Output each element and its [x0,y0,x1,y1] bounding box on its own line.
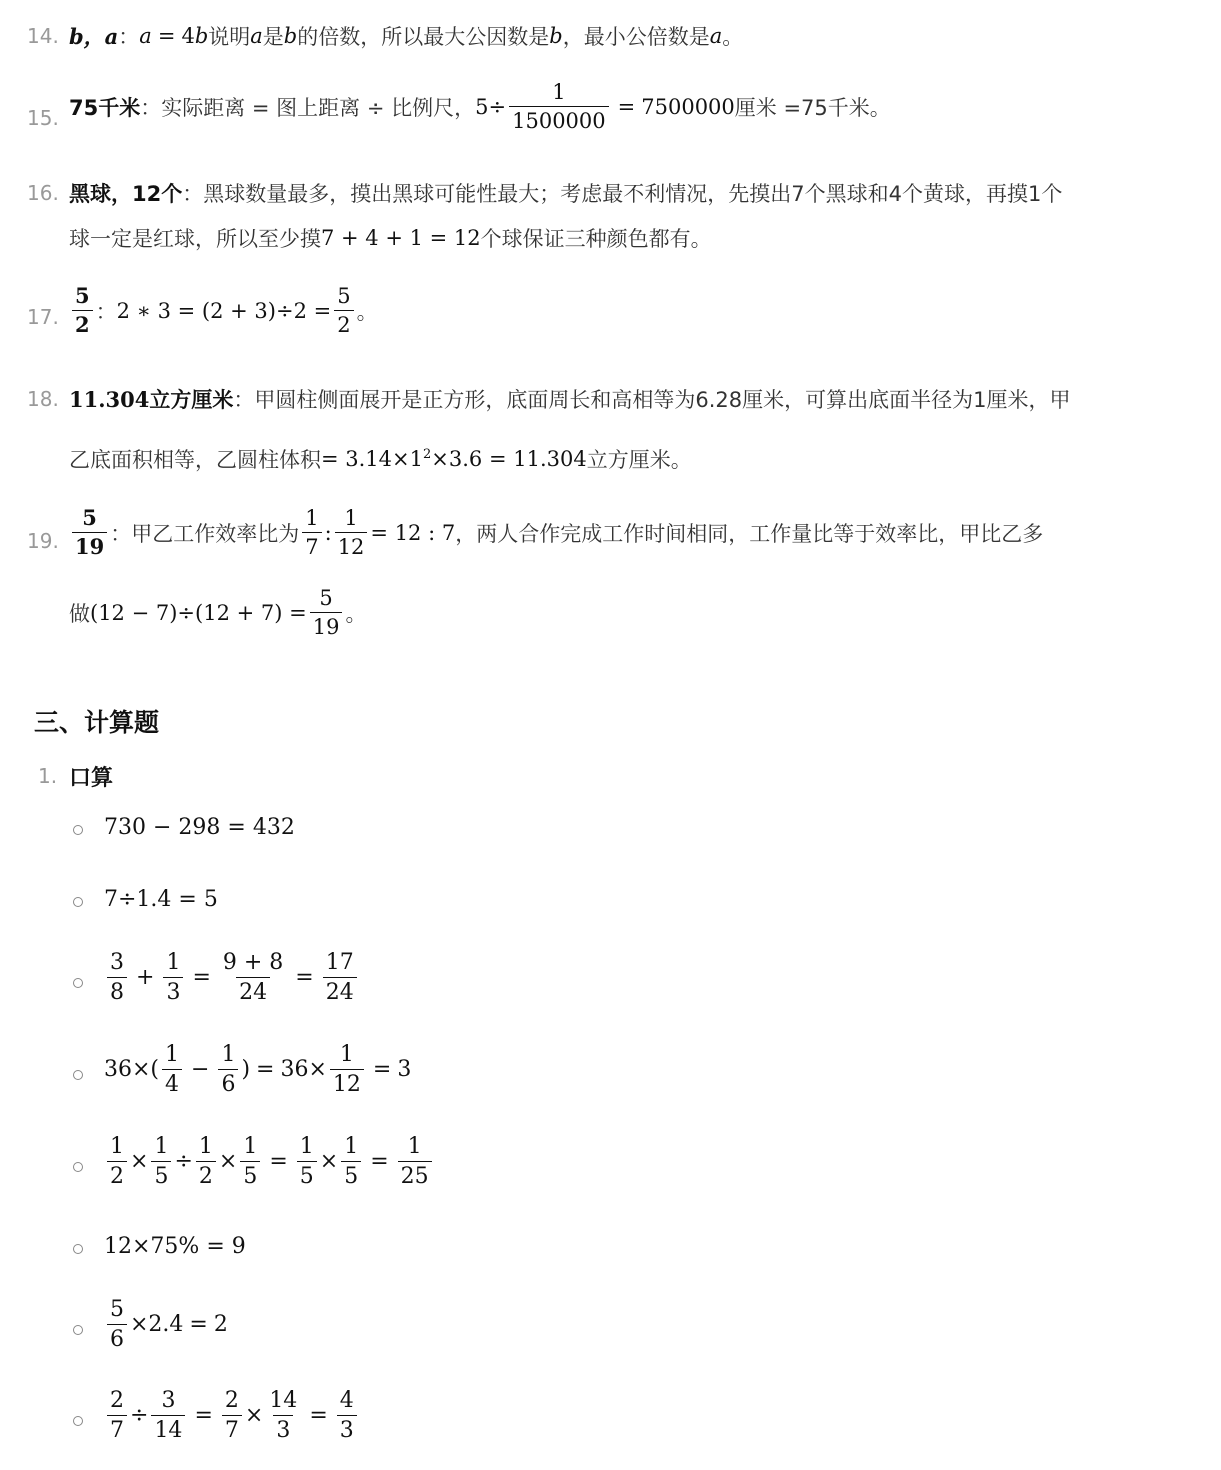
text: 球一定是红球，所以至少摸 [69,223,321,253]
answer-document: 14. b，a ： a=4b 说明a 是b 的倍数，所以最大公因数是b ，最小公… [0,0,1221,1470]
bullet-icon [73,1162,83,1172]
text: ：黑球数量最多，摸出黑球可能性最大；考虑最不利情况，先摸出7个黑球和4个黄球，再… [182,178,1062,208]
answer-15: 75千米 ：实际距离 = 图上距离 ÷ 比例尺， 5÷ 11500000 =75… [69,80,891,133]
text: ，最小公倍数是 [563,21,710,51]
colon: ： [118,21,139,51]
bullet-icon [73,1325,83,1335]
exercise-5: 12× 15÷ 12× 15= 15× 15= 125 [104,1134,435,1190]
exercise-7: 56×2.4=2 [104,1297,228,1353]
answer-19-line2: 做 (12 − 7)÷(12 + 7) = 519 。 [69,586,366,639]
text: 说明 [208,21,250,51]
item-number: 15. [27,106,59,130]
exercise-8: 27÷ 314= 27× 143= 43 [104,1388,360,1444]
item-number: 19. [27,529,59,553]
answer-16-line1: 黑球，12个 ：黑球数量最多，摸出黑球可能性最大；考虑最不利情况，先摸出7个黑球… [69,178,1062,208]
bullet-icon [73,978,83,988]
answer-16-line2: 球一定是红球，所以至少摸 7 + 4 + 1 = 12 个球保证三种颜色都有。 [69,223,712,253]
text: ，两人合作完成工作时间相同，工作量比等于效率比，甲比乙多 [455,518,1043,548]
colon: ： [96,296,117,326]
item-number: 17. [27,305,59,329]
section-heading: 三、计算题 [34,703,159,739]
answer-19-line1: 519 ：甲乙工作效率比为 17 : 112 = 12 : 7 ，两人合作完成工… [69,506,1043,559]
bullet-icon [73,1416,83,1426]
item-number: 14. [27,24,59,48]
item-number: 18. [27,387,59,411]
text: 做 [69,598,90,628]
text: 是 [263,21,284,51]
answer-18-line2: 乙底面积相等，乙圆柱体积 = 3.14×12×3.6 = 11.304 立方厘米… [69,444,692,474]
exercise-4: 36×(14− 16)=36× 112=3 [104,1042,411,1098]
sub-heading: 口算 [69,761,113,792]
bullet-icon [73,825,83,835]
text: 。 [357,296,378,326]
exercise-3: 38+ 13= 9 + 824= 1724 [104,950,360,1006]
answer-text: 75千米 [69,92,140,122]
text: 厘米 =75千米。 [735,92,891,122]
answer-text: 立方厘米 [149,384,233,414]
text: ：实际距离 = 图上距离 ÷ 比例尺， [140,92,475,122]
answer-text: 黑球，12个 [69,178,182,208]
sub-number: 1. [38,764,57,788]
answer-18-line1: 11.304立方厘米 ：甲圆柱侧面展开是正方形，底面周长和高相等为6.28厘米，… [69,384,1071,414]
exercise-2: 7÷1.4 = 5 [104,887,218,912]
text: ：甲圆柱侧面展开是正方形，底面周长和高相等为6.28厘米，可算出底面半径为1厘米… [233,384,1070,414]
answer-14: b，a ： a=4b 说明a 是b 的倍数，所以最大公因数是b ，最小公倍数是a… [69,21,743,51]
text: ：甲乙工作效率比为 [110,518,299,548]
bullet-icon [73,1244,83,1254]
text: 。 [722,21,743,51]
answer-17: 52 ： 2 ∗ 3 = (2 + 3)÷2 = 52 。 [69,284,378,337]
bullet-icon [73,897,83,907]
text: 乙底面积相等，乙圆柱体积 [69,444,321,474]
text: 的倍数，所以最大公因数是 [297,21,549,51]
text: 立方厘米。 [587,444,692,474]
exercise-6: 12×75% = 9 [104,1234,246,1259]
bullet-icon [73,1070,83,1080]
text: 个球保证三种颜色都有。 [481,223,712,253]
text: 。 [345,598,366,628]
answer-text: b，a [69,21,118,51]
exercise-1: 730 − 298 = 432 [104,815,295,840]
item-number: 16. [27,181,59,205]
